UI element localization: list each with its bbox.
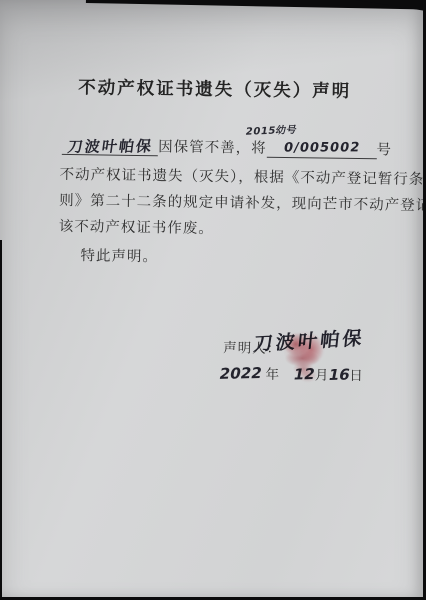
certificate-number-blank: 0/005002 — [267, 138, 377, 160]
page-title: 不动产权证书遗失（灭失）声明 — [0, 73, 425, 104]
form-fill-line: 刀波叶帕保因保管不善，将0/005002号 — [62, 134, 392, 160]
certificate-number-handwriting: 0/005002 — [282, 140, 361, 155]
document-photo: 不动产权证书遗失（灭失）声明 2015幼号 刀波叶帕保因保管不善，将0/0050… — [0, 0, 426, 600]
day-unit-label: 日 — [349, 364, 363, 384]
printed-reason-text: 因保管不善，将 — [158, 135, 267, 158]
year-handwriting: 2022 — [218, 364, 263, 383]
background-edge-left — [0, 240, 2, 600]
holder-name-blank: 刀波叶帕保 — [62, 135, 159, 156]
holder-name-handwriting: 刀波叶帕保 — [66, 135, 154, 157]
declaration-document: 不动产权证书遗失（灭失）声明 2015幼号 刀波叶帕保因保管不善，将0/0050… — [0, 0, 426, 600]
background-corner-wedge — [356, 0, 426, 11]
day-handwriting: 16 — [327, 366, 351, 384]
year-unit-label: 年 — [265, 363, 279, 383]
body-paragraph-line-2: 则》第二十二条的规定申请补发，现向芒市不动产登记中心声明 — [59, 189, 426, 216]
printed-unit-text: 号 — [376, 138, 392, 159]
body-paragraph-line-1: 不动产权证书遗失（灭失），根据《不动产登记暂行条例实施细 — [59, 163, 426, 190]
body-paragraph-line-3: 该不动产权证书作废。 — [59, 215, 214, 238]
closing-statement: 特此声明。 — [80, 244, 158, 266]
number-annotation-handwriting: 2015幼号 — [245, 121, 299, 138]
